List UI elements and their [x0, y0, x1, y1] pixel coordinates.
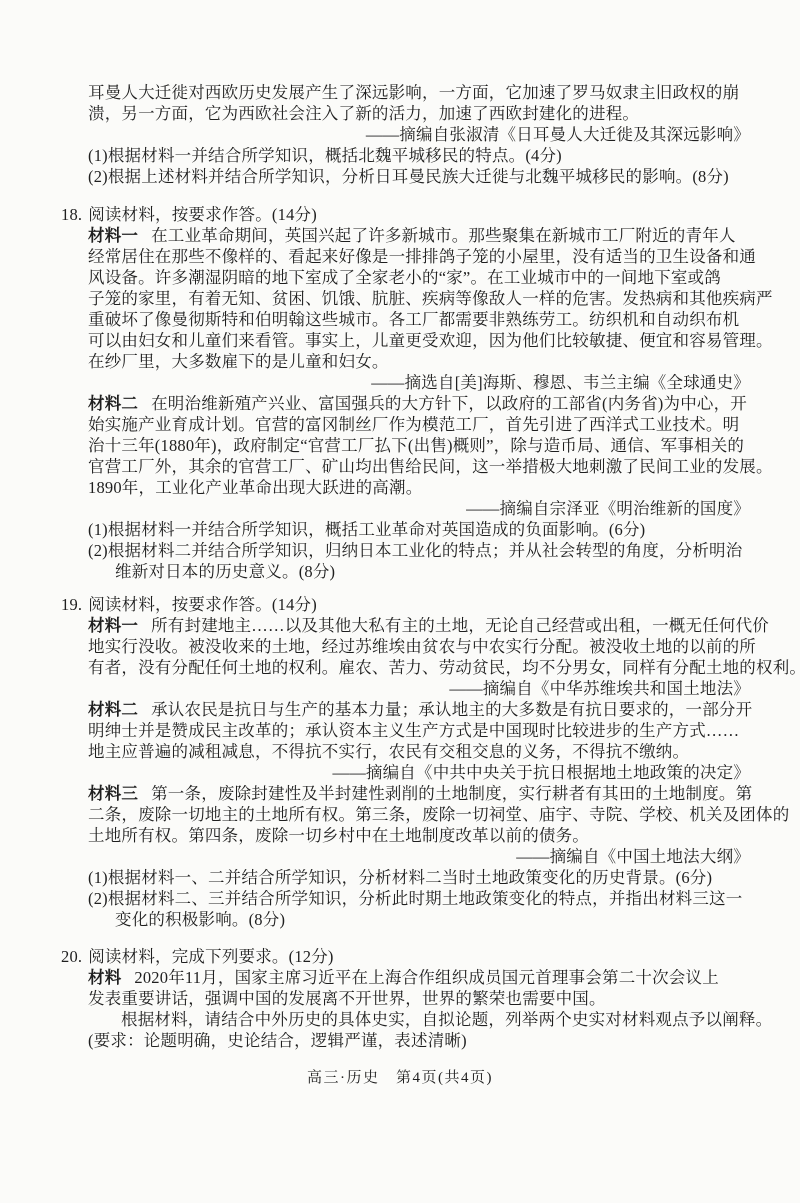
attribution: ——摘编自宗泽亚《明治维新的国度》 [88, 498, 750, 519]
sub-question-1: (1)根据材料一并结合所学知识，概括工业革命对英国造成的负面影响。(6分) [88, 519, 750, 540]
question-19: 19. 阅读材料，按要求作答。(14分) 材料一所有封建地主……以及其他大私有主… [88, 594, 750, 930]
text-line: 治十三年(1880年)，政府制定“官营工厂払下(出售)概则”，除与造币局、通信、… [88, 435, 750, 456]
material-first-line: 材料一所有封建地主……以及其他大私有主的土地，无论自己经营或出租，一概无任何代价 [88, 615, 750, 636]
sub-question-2-continuation: 变化的积极影响。(8分) [88, 909, 750, 930]
text-line: 有者，没有分配任何土地的权利。雇农、苦力、劳动贫民，均不分男女，同样有分配土地的… [88, 657, 750, 678]
attribution: ——摘编自《中共中央关于抗日根据地土地政策的决定》 [88, 762, 750, 783]
attribution: ——摘编自张淑清《日耳曼人大迁徙及其深远影响》 [88, 124, 750, 145]
question-20: 20. 阅读材料，完成下列要求。(12分) 材料2020年11月，国家主席习近平… [88, 946, 750, 1051]
task-line: 根据材料，请结合中外历史的具体史实，自拟论题，列举两个史实对材料观点予以阐释。 [88, 1009, 750, 1030]
text-column: 耳曼人大迁徙对西欧历史发展产生了深远影响，一方面，它加速了罗马奴隶主旧政权的崩 … [88, 82, 750, 1051]
material-label: 材料二 [88, 700, 138, 719]
attribution: ——摘编自《中国土地法大纲》 [88, 846, 750, 867]
text-line: 经常居住在那些不像样的、看起来好像是一排排鸽子笼的小屋里，没有适当的卫生设备和通 [88, 246, 750, 267]
question-title: 阅读材料，按要求作答。(14分) [88, 204, 317, 225]
text-line: 溃，另一方面，它为西欧社会注入了新的活力，加速了西欧封建化的进程。 [88, 103, 750, 124]
question-18: 18. 阅读材料，按要求作答。(14分) 材料一在工业革命期间，英国兴起了许多新… [88, 204, 750, 582]
material-label: 材料三 [88, 784, 138, 803]
material-label: 材料一 [88, 616, 138, 635]
material-label: 材料二 [88, 394, 138, 413]
question-title: 阅读材料，完成下列要求。(12分) [88, 946, 333, 967]
question-header: 18. 阅读材料，按要求作答。(14分) [61, 204, 750, 225]
task-requirements: (要求：论题明确，史论结合，逻辑严谨，表述清晰) [88, 1030, 750, 1051]
question-title: 阅读材料，按要求作答。(14分) [88, 594, 317, 615]
material-first-line: 材料2020年11月，国家主席习近平在上海合作组织成员国元首理事会第二十次会议上 [88, 967, 750, 988]
text-line: 1890年，工业化产业革命出现大跃进的高潮。 [88, 477, 750, 498]
sub-question-2: (2)根据材料二并结合所学知识，归纳日本工业化的特点；并从社会转型的角度，分析明… [88, 540, 750, 561]
text-line: 地实行没收。被没收来的土地，经过苏维埃由贫农与中农实行分配。被没收土地的以前的所 [88, 636, 750, 657]
text-line: 耳曼人大迁徙对西欧历史发展产生了深远影响，一方面，它加速了罗马奴隶主旧政权的崩 [88, 82, 750, 103]
text-line: 可以由妇女和儿童们来看管。事实上，儿童更受欢迎，因为他们比较敏捷、便宜和容易管理… [88, 330, 750, 351]
question-header: 19. 阅读材料，按要求作答。(14分) [61, 594, 750, 615]
material-first-line: 材料一在工业革命期间，英国兴起了许多新城市。那些聚集在新城市工厂附近的青年人 [88, 225, 750, 246]
text-line: 始实施产业育成计划。官营的富冈制丝厂作为模范工厂，首先引进了西洋式工业技术。明 [88, 414, 750, 435]
text-line: 地主应普遍的减租减息，不得抗不实行，农民有交租交息的义务，不得抗不缴纳。 [88, 741, 750, 762]
sub-question-1: (1)根据材料一并结合所学知识，概括北魏平城移民的特点。(4分) [88, 145, 750, 166]
exam-page: 耳曼人大迁徙对西欧历史发展产生了深远影响，一方面，它加速了罗马奴隶主旧政权的崩 … [0, 0, 800, 1203]
material-first-line: 材料二在明治维新殖产兴业、富国强兵的大方针下，以政府的工部省(内务省)为中心，开 [88, 393, 750, 414]
question-number: 20. [61, 946, 82, 967]
sub-question-2-continuation: 维新对日本的历史意义。(8分) [88, 561, 750, 582]
text-line: 第一条，废除封建性及半封建性剥削的土地制度，实行耕者有其田的土地制度。第 [151, 784, 752, 803]
question-number: 19. [61, 594, 82, 615]
text-line: 明绅士并是赞成民主改革的；承认资本主义生产方式是中国现时比较进步的生产方式…… [88, 720, 750, 741]
sub-question-2: (2)根据材料二、三并结合所学知识，分析此时期土地政策变化的特点，并指出材料三这… [88, 888, 750, 909]
attribution: ——摘选自[美]海斯、穆恩、韦兰主编《全球通史》 [88, 372, 750, 393]
text-line: 重破坏了像曼彻斯特和伯明翰这些城市。各工厂都需要非熟练劳工。纺织机和自动织布机 [88, 309, 750, 330]
text-line: 子笼的家里，有着无知、贫困、饥饿、肮脏、疾病等像敌人一样的危害。发热病和其他疾病… [88, 288, 750, 309]
sub-question-2: (2)根据上述材料并结合所学知识，分析日耳曼民族大迁徙与北魏平城移民的影响。(8… [88, 166, 750, 187]
question-header: 20. 阅读材料，完成下列要求。(12分) [61, 946, 750, 967]
material-first-line: 材料二承认农民是抗日与生产的基本力量；承认地主的大多数是有抗日要求的，一部分开 [88, 699, 750, 720]
text-line: 二条，废除一切地主的土地所有权。第三条，废除一切祠堂、庙宇、寺院、学校、机关及团… [88, 804, 750, 825]
question-number: 18. [61, 204, 82, 225]
text-line: 在工业革命期间，英国兴起了许多新城市。那些聚集在新城市工厂附近的青年人 [151, 226, 736, 245]
material-first-line: 材料三第一条，废除封建性及半封建性剥削的土地制度，实行耕者有其田的土地制度。第 [88, 783, 750, 804]
text-line: 在纱厂里，大多数雇下的是儿童和妇女。 [88, 351, 750, 372]
sub-question-1: (1)根据材料一、二并结合所学知识，分析材料二当时土地政策变化的历史背景。(6分… [88, 867, 750, 888]
text-line: 所有封建地主……以及其他大私有主的土地，无论自己经营或出租，一概无任何代价 [151, 616, 769, 635]
attribution: ——摘编自《中华苏维埃共和国土地法》 [88, 678, 750, 699]
text-line: 承认农民是抗日与生产的基本力量；承认地主的大多数是有抗日要求的，一部分开 [151, 700, 752, 719]
text-line: 官营工厂外，其余的官营工厂、矿山均出售给民间，这一举措极大地刺激了民间工业的发展… [88, 456, 750, 477]
question-17-tail: 耳曼人大迁徙对西欧历史发展产生了深远影响，一方面，它加速了罗马奴隶主旧政权的崩 … [88, 82, 750, 187]
page-footer: 高三·历史 第4页(共4页) [0, 1066, 800, 1087]
text-line: 在明治维新殖产兴业、富国强兵的大方针下，以政府的工部省(内务省)为中心，开 [151, 394, 747, 413]
material-label: 材料一 [88, 226, 138, 245]
text-line: 发表重要讲话，强调中国的发展离不开世界，世界的繁荣也需要中国。 [88, 988, 750, 1009]
material-label: 材料 [88, 968, 121, 987]
text-line: 土地所有权。第四条，废除一切乡村中在土地制度改革以前的债务。 [88, 825, 750, 846]
text-line: 2020年11月，国家主席习近平在上海合作组织成员国元首理事会第二十次会议上 [134, 968, 719, 987]
text-line: 风设备。许多潮湿阴暗的地下室成了全家老小的“家”。在工业城市中的一间地下室或鸽 [88, 267, 750, 288]
